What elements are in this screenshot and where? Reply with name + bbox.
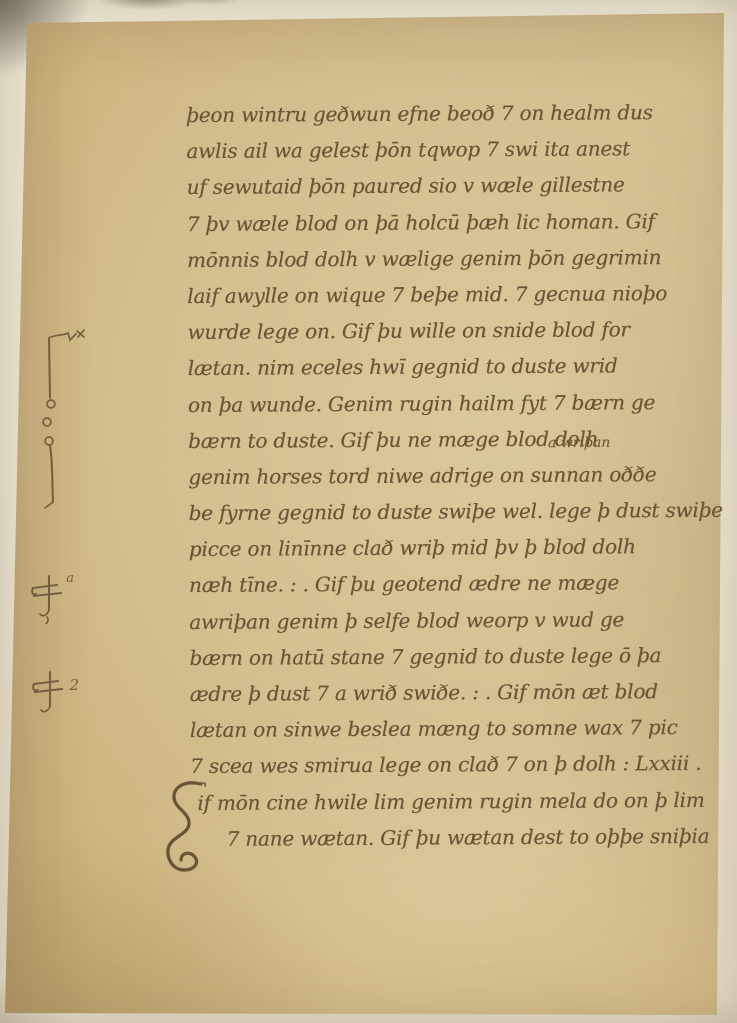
text-block: þeon wintru geðwun efne beoð 7 on healm … [186,94,683,857]
margin-mark-ha-superscript: a [66,572,74,585]
nota-mark-icon [40,326,86,516]
manuscript-line: mōnnis blod dolh v wælige genim þōn gegr… [187,239,679,278]
manuscript-line: laif awylle on wique 7 beþe mid. 7 gecnu… [187,275,679,314]
manuscript-line: næh tīne. : . Gif þu geotend ædre ne mæg… [189,564,681,603]
manuscript-line: if mōn cine hwile lim genim rugin mela d… [190,782,682,821]
manuscript-line: 7 þv wæle blod on þā holcū þæh lic homan… [187,203,679,242]
manuscript-line: awlis ail wa gelest þōn tqwop 7 swi ita … [186,130,678,169]
manuscript-line: be fyrne gegnid to duste swiþe wel. lege… [188,492,680,531]
interlinear-addition: a wriþan [548,435,610,451]
manuscript-line: 7 scea wes smirua lege on clað 7 on þ do… [190,745,682,784]
manuscript-line: ædre þ dust 7 a wrið swiðe. : . Gif mōn … [190,673,682,712]
manuscript-photo: a 2 þeon wintru geðwun efne beoð 7 on he… [0,0,737,1023]
manuscript-line: genim horses tord niwe adrige on sunnan … [188,456,680,495]
manuscript-line: 7 nane wætan. Gif þu wætan dest to oþþe … [190,818,682,857]
manuscript-line: lætan on sinwe beslea mæng to somne wax … [190,709,682,748]
manuscript-line: wurde lege on. Gif þu wille on snide blo… [187,311,679,350]
margin-mark-h2-superscript: 2 [69,678,79,693]
manuscript-line: on þa wunde. Genim rugin hailm fyt 7 bær… [188,383,680,422]
manuscript-line: picce on linīnne clað wriþ mid þv þ blod… [189,528,681,567]
manuscript-line: lætan. nim eceles hwī gegnid to duste wr… [188,347,680,386]
margin-mark-ha: a [30,572,76,624]
margin-mark-h2: 2 [31,666,77,718]
manuscript-line: awriþan genim þ selfe blod weorp v wud g… [189,601,681,640]
manuscript-line: þeon wintru geðwun efne beoð 7 on healm … [186,94,678,133]
manuscript-line: bærn on hatū stane 7 gegnid to duste leg… [189,637,681,676]
manuscript-line: uf sewutaid þōn paured sio v wæle gilles… [186,166,678,205]
